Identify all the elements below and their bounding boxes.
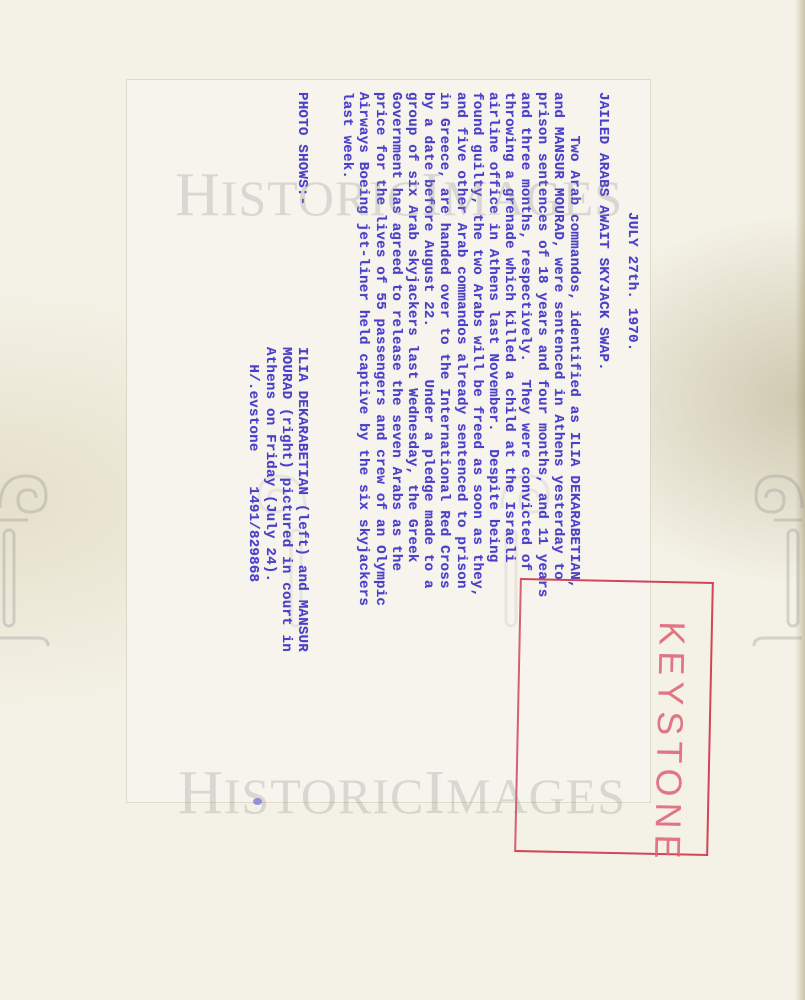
column-watermark-icon <box>0 468 50 648</box>
photo-caption: ILIA DEKARABETIAN (left) and MANSUR MOUR… <box>245 347 310 652</box>
ink-mark <box>253 798 262 805</box>
column-watermark-icon <box>752 468 804 648</box>
watermark-bottom: HISTORICIMAGES <box>178 758 626 829</box>
stamp-text: KEYSTONE <box>646 621 693 865</box>
headline: JAILED ARABS AWAIT SKYJACK SWAP. <box>595 92 611 371</box>
watermark-top: HISTORICIMAGES <box>175 160 623 231</box>
dateline: JULY 27th. 1970. <box>624 212 640 351</box>
